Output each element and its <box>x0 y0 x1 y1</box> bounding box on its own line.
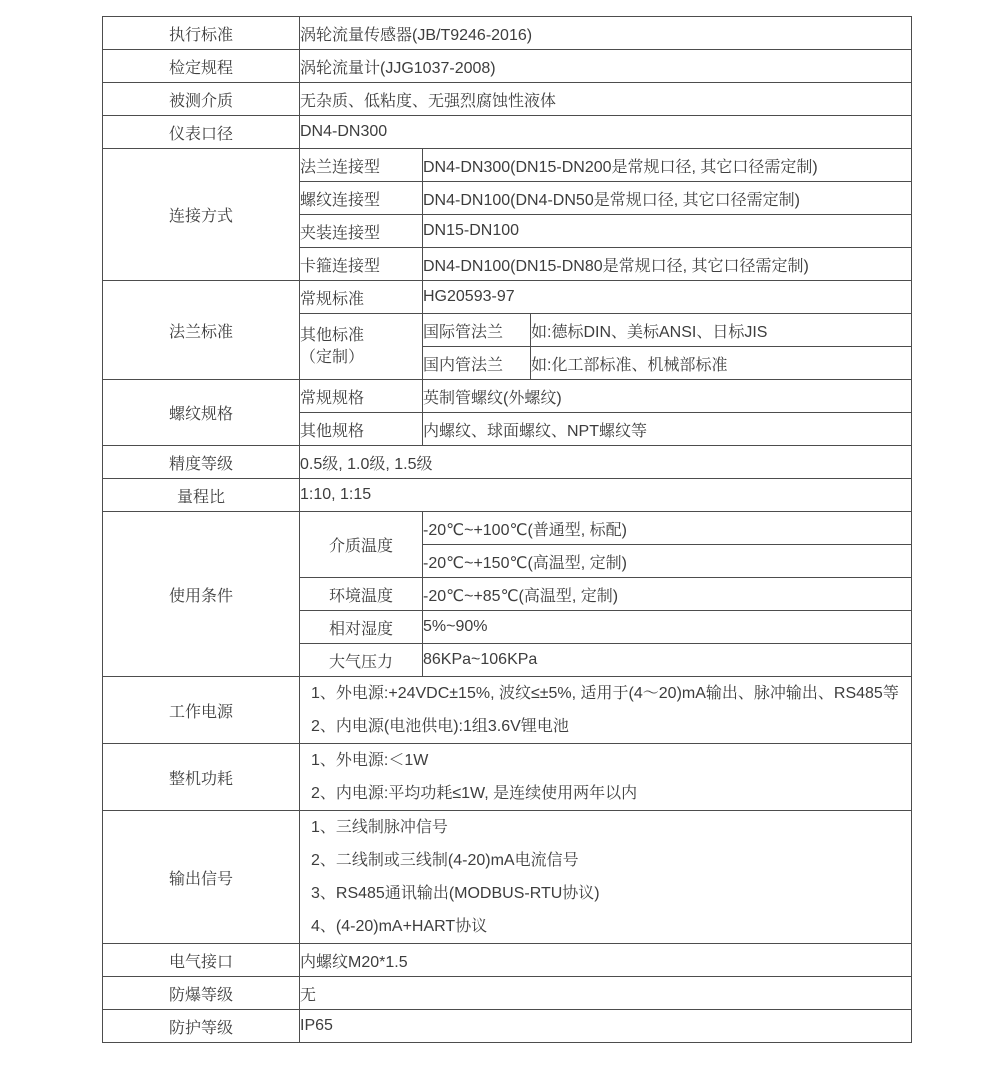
flange-standard-other-label-line1: 其他标准 <box>300 325 422 347</box>
output-signal-line-3: 3、RS485通讯输出(MODBUS-RTU协议) <box>300 877 911 910</box>
pressure-value: 86KPa~106KPa <box>423 644 912 677</box>
accuracy-value: 0.5级, 1.0级, 1.5级 <box>300 446 912 479</box>
connection-clamp-value: DN15-DN100 <box>423 215 912 248</box>
international-flange-label: 国际管法兰 <box>423 314 531 347</box>
power-supply-line-1: 1、外电源:+24VDC±15%, 波纹≤±5%, 适用于(4～20)mA输出、… <box>300 677 911 710</box>
table-row: 螺纹规格 常规规格 英制管螺纹(外螺纹) <box>103 380 912 413</box>
flange-standard-other-label-line2: （定制） <box>300 347 422 369</box>
ambient-temp-value: -20℃~+85℃(高温型, 定制) <box>423 578 912 611</box>
medium-temp-label: 介质温度 <box>300 512 423 578</box>
connection-label: 连接方式 <box>103 149 300 281</box>
power-consumption-label: 整机功耗 <box>103 744 300 811</box>
conditions-label: 使用条件 <box>103 512 300 677</box>
power-supply-value: 1、外电源:+24VDC±15%, 波纹≤±5%, 适用于(4～20)mA输出、… <box>300 677 912 744</box>
table-row: 防爆等级 无 <box>103 977 912 1010</box>
humidity-label: 相对湿度 <box>300 611 423 644</box>
connection-flange-label: 法兰连接型 <box>300 149 423 182</box>
explosion-proof-value: 无 <box>300 977 912 1010</box>
table-row: 仪表口径 DN4-DN300 <box>103 116 912 149</box>
table-row: 法兰标准 常规标准 HG20593-97 <box>103 281 912 314</box>
table-row: 检定规程 涡轮流量计(JJG1037-2008) <box>103 50 912 83</box>
meter-diameter-value: DN4-DN300 <box>300 116 912 149</box>
connection-clamp-label: 夹装连接型 <box>300 215 423 248</box>
flange-standard-label: 法兰标准 <box>103 281 300 380</box>
flange-standard-regular-value: HG20593-97 <box>423 281 912 314</box>
flange-standard-other-label: 其他标准（定制） <box>300 314 423 380</box>
execution-standard-value: 涡轮流量传感器(JB/T9246-2016) <box>300 17 912 50</box>
protection-class-value: IP65 <box>300 1010 912 1043</box>
thread-spec-regular-value: 英制管螺纹(外螺纹) <box>423 380 912 413</box>
table-row: 使用条件 介质温度 -20℃~+100℃(普通型, 标配) <box>103 512 912 545</box>
power-supply-label: 工作电源 <box>103 677 300 744</box>
execution-standard-label: 执行标准 <box>103 17 300 50</box>
thread-spec-regular-label: 常规规格 <box>300 380 423 413</box>
connection-flange-value: DN4-DN300(DN15-DN200是常规口径, 其它口径需定制) <box>423 149 912 182</box>
medium-temp-high-value: -20℃~+150℃(高温型, 定制) <box>423 545 912 578</box>
power-consumption-line-2: 2、内电源:平均功耗≤1W, 是连续使用两年以内 <box>300 777 911 810</box>
explosion-proof-label: 防爆等级 <box>103 977 300 1010</box>
table-row: 连接方式 法兰连接型 DN4-DN300(DN15-DN200是常规口径, 其它… <box>103 149 912 182</box>
power-supply-line-2: 2、内电源(电池供电):1组3.6V锂电池 <box>300 710 911 743</box>
connection-thread-value: DN4-DN100(DN4-DN50是常规口径, 其它口径需定制) <box>423 182 912 215</box>
ambient-temp-label: 环境温度 <box>300 578 423 611</box>
output-signal-value: 1、三线制脉冲信号 2、二线制或三线制(4-20)mA电流信号 3、RS485通… <box>300 811 912 944</box>
humidity-value: 5%~90% <box>423 611 912 644</box>
power-consumption-line-1: 1、外电源:＜1W <box>300 744 911 777</box>
measured-medium-value: 无杂质、低粘度、无强烈腐蚀性液体 <box>300 83 912 116</box>
thread-spec-label: 螺纹规格 <box>103 380 300 446</box>
spec-table-container: 执行标准 涡轮流量传感器(JB/T9246-2016) 检定规程 涡轮流量计(J… <box>102 16 912 1043</box>
power-consumption-value: 1、外电源:＜1W 2、内电源:平均功耗≤1W, 是连续使用两年以内 <box>300 744 912 811</box>
table-row: 防护等级 IP65 <box>103 1010 912 1043</box>
protection-class-label: 防护等级 <box>103 1010 300 1043</box>
turndown-ratio-label: 量程比 <box>103 479 300 512</box>
table-row: 整机功耗 1、外电源:＜1W 2、内电源:平均功耗≤1W, 是连续使用两年以内 <box>103 744 912 811</box>
output-signal-line-2: 2、二线制或三线制(4-20)mA电流信号 <box>300 844 911 877</box>
connection-thread-label: 螺纹连接型 <box>300 182 423 215</box>
table-row: 电气接口 内螺纹M20*1.5 <box>103 944 912 977</box>
table-row: 精度等级 0.5级, 1.0级, 1.5级 <box>103 446 912 479</box>
electrical-port-value: 内螺纹M20*1.5 <box>300 944 912 977</box>
connection-tri-clamp-value: DN4-DN100(DN15-DN80是常规口径, 其它口径需定制) <box>423 248 912 281</box>
output-signal-line-1: 1、三线制脉冲信号 <box>300 811 911 844</box>
verification-label: 检定规程 <box>103 50 300 83</box>
accuracy-label: 精度等级 <box>103 446 300 479</box>
verification-value: 涡轮流量计(JJG1037-2008) <box>300 50 912 83</box>
electrical-port-label: 电气接口 <box>103 944 300 977</box>
table-row: 被测介质 无杂质、低粘度、无强烈腐蚀性液体 <box>103 83 912 116</box>
output-signal-label: 输出信号 <box>103 811 300 944</box>
output-signal-line-4: 4、(4-20)mA+HART协议 <box>300 910 911 943</box>
domestic-flange-value: 如:化工部标准、机械部标准 <box>531 347 912 380</box>
table-row: 执行标准 涡轮流量传感器(JB/T9246-2016) <box>103 17 912 50</box>
turndown-ratio-value: 1:10, 1:15 <box>300 479 912 512</box>
spec-table: 执行标准 涡轮流量传感器(JB/T9246-2016) 检定规程 涡轮流量计(J… <box>102 16 912 1043</box>
measured-medium-label: 被测介质 <box>103 83 300 116</box>
table-row: 输出信号 1、三线制脉冲信号 2、二线制或三线制(4-20)mA电流信号 3、R… <box>103 811 912 944</box>
table-row: 工作电源 1、外电源:+24VDC±15%, 波纹≤±5%, 适用于(4～20)… <box>103 677 912 744</box>
domestic-flange-label: 国内管法兰 <box>423 347 531 380</box>
flange-standard-regular-label: 常规标准 <box>300 281 423 314</box>
connection-tri-clamp-label: 卡箍连接型 <box>300 248 423 281</box>
medium-temp-standard-value: -20℃~+100℃(普通型, 标配) <box>423 512 912 545</box>
table-row: 量程比 1:10, 1:15 <box>103 479 912 512</box>
international-flange-value: 如:德标DIN、美标ANSI、日标JIS <box>531 314 912 347</box>
thread-spec-other-value: 内螺纹、球面螺纹、NPT螺纹等 <box>423 413 912 446</box>
pressure-label: 大气压力 <box>300 644 423 677</box>
meter-diameter-label: 仪表口径 <box>103 116 300 149</box>
thread-spec-other-label: 其他规格 <box>300 413 423 446</box>
